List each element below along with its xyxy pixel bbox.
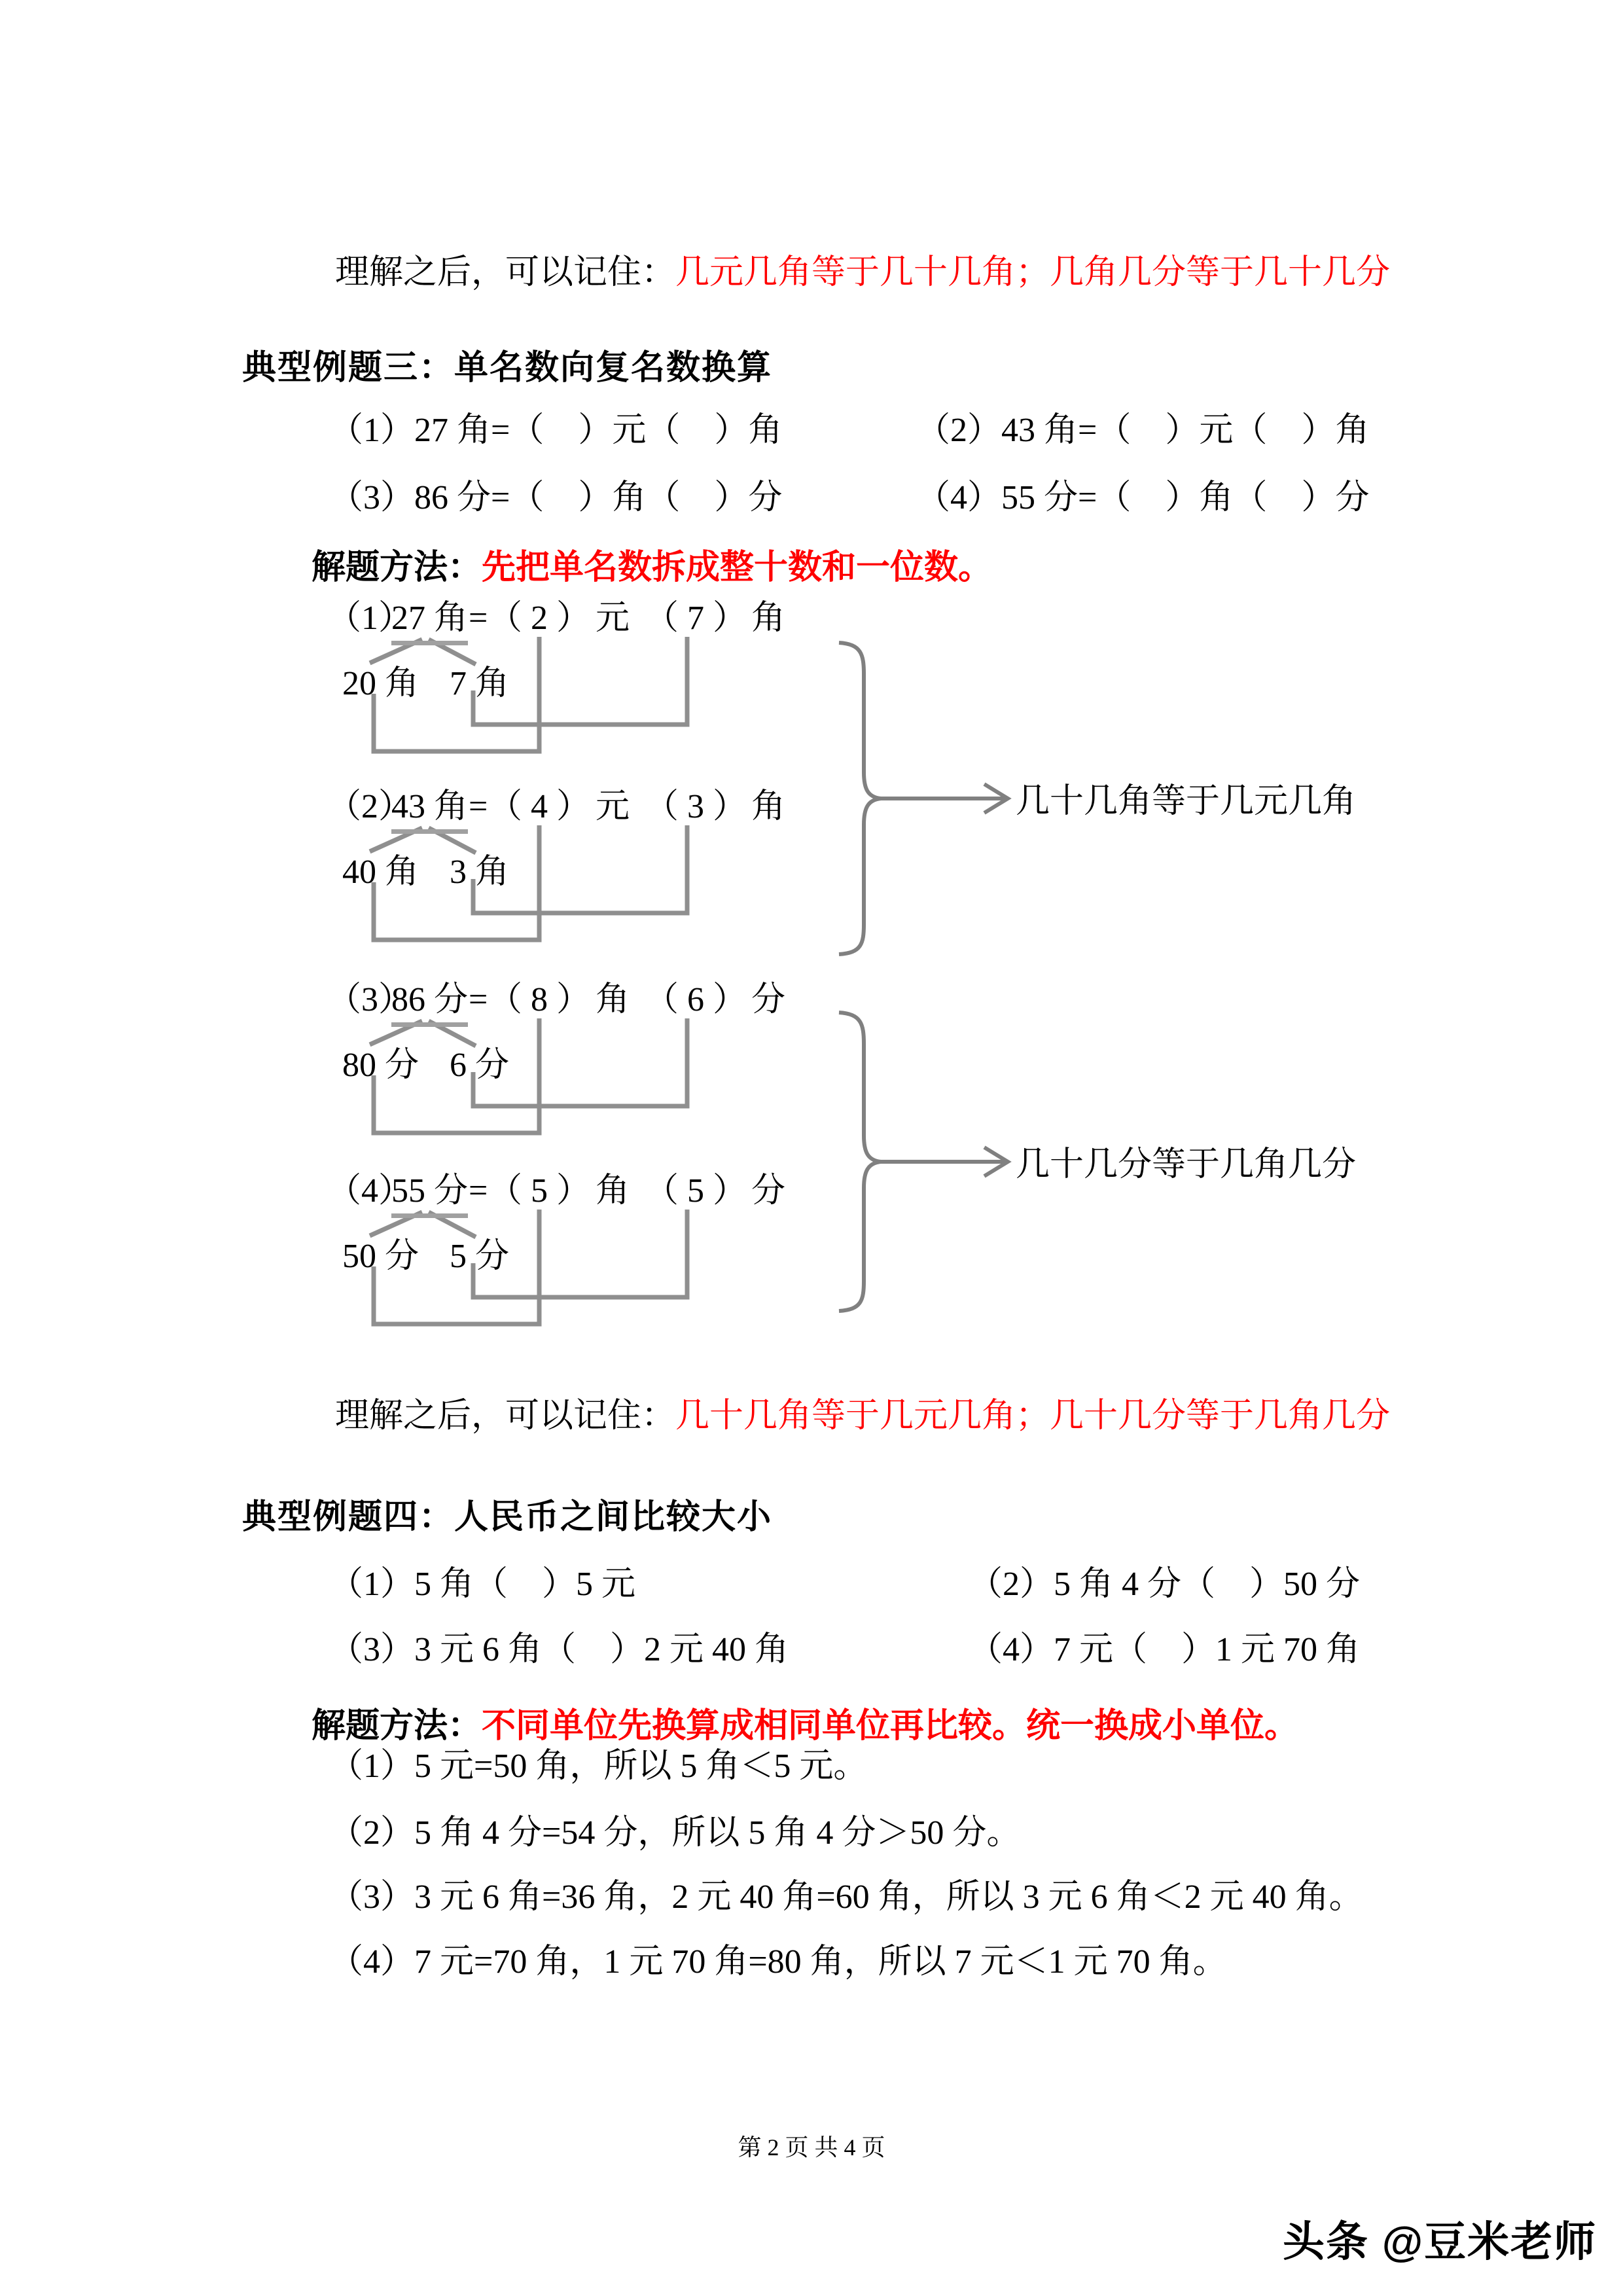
watermark: 头条 @豆米老师 (1283, 2217, 1597, 2267)
method-text: 不同单位先换算成相同单位再比较。统一换成小单位。 (482, 1707, 1298, 1745)
memo-line-2: 理解之后，可以记住：几十几角等于几元几角；几十几分等于几角几分 (301, 1356, 1390, 1477)
section4-heading: 典型例题四：人民币之间比较大小 (242, 1498, 772, 1537)
method-label: 解题方法： (312, 1707, 482, 1745)
grouping-brace-1 (839, 643, 881, 954)
solution-line: （2）5 角 4 分=54 分，所以 5 角 4 分＞50 分。 (329, 1813, 1020, 1853)
solution-line: （3）3 元 6 角=36 角，2 元 40 角=60 角，所以 3 元 6 角… (329, 1877, 1363, 1917)
problem-text: （1）5 角（ ）5 元 (329, 1564, 635, 1604)
grouping-brace-2 (839, 1013, 881, 1311)
problem-text: （3）3 元 6 角（ ）2 元 40 角 (329, 1630, 789, 1670)
problem-text: （2）5 角 4 分（ ）50 分 (969, 1564, 1360, 1604)
solution-line: （4）7 元=70 角，1 元 70 角=80 角，所以 7 元＜1 元 70 … (329, 1942, 1227, 1982)
annotation-text-2: 几十几分等于几角几分 (1016, 1145, 1356, 1185)
memo-prefix: 理解之后，可以记住： (335, 1397, 675, 1435)
memo-highlight: 几十几角等于几元几角；几十几分等于几角几分 (675, 1397, 1390, 1435)
solution-line: （1）5 元=50 角，所以 5 角＜5 元。 (329, 1746, 867, 1786)
problem-text: （4）7 元（ ）1 元 70 角 (969, 1630, 1360, 1670)
page-number: 第 2 页 共 4 页 (0, 2134, 1623, 2161)
annotation-text-1: 几十几角等于几元几角 (1016, 781, 1356, 821)
worksheet-page: 理解之后，可以记住：几元几角等于几十几角；几角几分等于几十几分 典型例题三：单名… (0, 0, 1623, 2296)
